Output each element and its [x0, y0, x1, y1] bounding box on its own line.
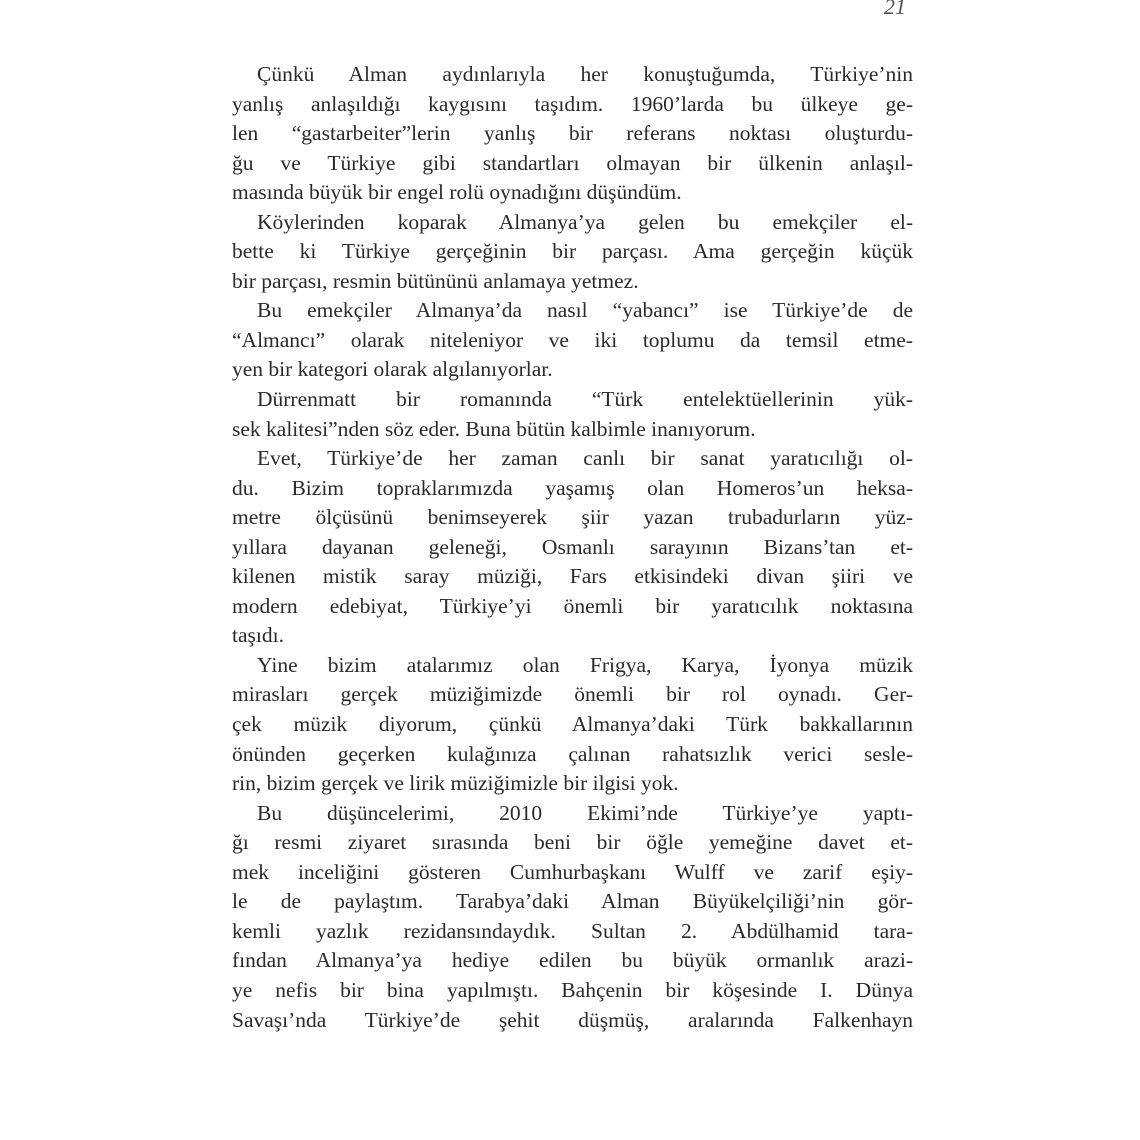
text-line: masında büyük bir engel rolü oynadığını …	[232, 178, 913, 208]
text-line: ğı resmi ziyaret sırasında beni bir öğle…	[232, 828, 913, 858]
paragraph-first-line: Evet, Türkiye’de her zaman canlı bir san…	[232, 444, 913, 474]
paragraph-first-line: Bu emekçiler Almanya’da nasıl “yabancı” …	[232, 296, 913, 326]
text-line: yıllara dayanan geleneği, Osmanlı sarayı…	[232, 533, 913, 563]
text-line: Savaşı’nda Türkiye’de şehit düşmüş, aral…	[232, 1006, 913, 1036]
paragraph-first-line: Köylerinden koparak Almanya’ya gelen bu …	[232, 208, 913, 238]
paragraph-first-line: Yine bizim atalarımız olan Frigya, Karya…	[232, 651, 913, 681]
text-line: taşıdı.	[232, 621, 913, 651]
text-line: bir parçası, resmin bütününü anlamaya ye…	[232, 267, 913, 297]
text-line: yen bir kategori olarak algılanıyorlar.	[232, 355, 913, 385]
text-line: bette ki Türkiye gerçeğinin bir parçası.…	[232, 237, 913, 267]
paragraph-first-line: Dürrenmatt bir romanında “Türk entelektü…	[232, 385, 913, 415]
text-line: kemli yazlık rezidansındaydık. Sultan 2.…	[232, 917, 913, 947]
text-line: önünden geçerken kulağınıza çalınan raha…	[232, 740, 913, 770]
text-line: le de paylaştım. Tarabya’daki Alman Büyü…	[232, 887, 913, 917]
text-line: ye nefis bir bina yapılmıştı. Bahçenin b…	[232, 976, 913, 1006]
text-line: len “gastarbeiter”lerin yanlış bir refer…	[232, 119, 913, 149]
text-line: rin, bizim gerçek ve lirik müziğimizle b…	[232, 769, 913, 799]
text-line: mirasları gerçek müziğimizde önemli bir …	[232, 680, 913, 710]
text-line: çek müzik diyorum, çünkü Almanya’daki Tü…	[232, 710, 913, 740]
page-number: 21	[884, 0, 906, 20]
text-line: “Almancı” olarak niteleniyor ve iki topl…	[232, 326, 913, 356]
text-line: metre ölçüsünü benimseyerek şiir yazan t…	[232, 503, 913, 533]
text-line: kilenen mistik saray müziği, Fars etkisi…	[232, 562, 913, 592]
text-line: modern edebiyat, Türkiye’yi önemli bir y…	[232, 592, 913, 622]
text-line: yanlış anlaşıldığı kaygısını taşıdım. 19…	[232, 90, 913, 120]
text-line: fından Almanya’ya hediye edilen bu büyük…	[232, 946, 913, 976]
text-line: sek kalitesi”nden söz eder. Buna bütün k…	[232, 415, 913, 445]
text-line: du. Bizim topraklarımızda yaşamış olan H…	[232, 474, 913, 504]
paragraph-first-line: Çünkü Alman aydınlarıyla her konuştuğumd…	[232, 60, 913, 90]
paragraph-first-line: Bu düşüncelerimi, 2010 Ekimi’nde Türkiye…	[232, 799, 913, 829]
body-text: Çünkü Alman aydınlarıyla her konuştuğumd…	[232, 60, 913, 1035]
text-line: ğu ve Türkiye gibi standartları olmayan …	[232, 149, 913, 179]
text-line: mek inceliğini gösteren Cumhurbaşkanı Wu…	[232, 858, 913, 888]
